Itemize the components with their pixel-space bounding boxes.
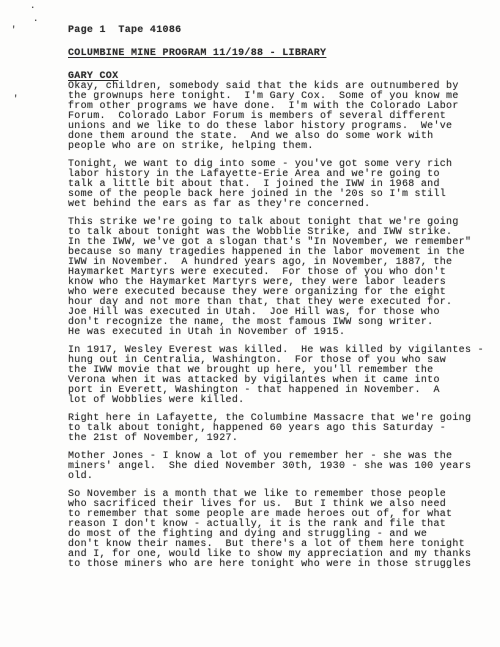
transcript-paragraph: Right here in Lafayette, the Columbine M… bbox=[68, 414, 478, 444]
transcript-paragraph: This strike we're going to talk about to… bbox=[68, 218, 478, 338]
transcript-paragraph: Okay, children, somebody said that the k… bbox=[68, 82, 478, 152]
scanned-document-page: · . ' ' Page 1 Tape 41086 COLUMBINE MINE… bbox=[0, 0, 500, 647]
transcript-paragraph: In 1917, Wesley Everest was killed. He w… bbox=[68, 346, 478, 406]
document-body: Page 1 Tape 41086 COLUMBINE MINE PROGRAM… bbox=[68, 26, 478, 578]
transcript-paragraph: Mother Jones - I know a lot of you remem… bbox=[68, 452, 478, 482]
scan-artifact: ' bbox=[13, 95, 18, 104]
scan-artifact: · bbox=[30, 4, 35, 13]
transcript-paragraph: So November is a month that we like to r… bbox=[68, 490, 478, 570]
transcript-paragraph: Tonight, we want to dig into some - you'… bbox=[68, 160, 478, 210]
document-title: COLUMBINE MINE PROGRAM 11/19/88 - LIBRAR… bbox=[68, 49, 478, 59]
scan-artifact: . bbox=[33, 15, 38, 24]
scan-artifact: ' bbox=[11, 26, 16, 35]
page-tape-header: Page 1 Tape 41086 bbox=[68, 26, 478, 36]
